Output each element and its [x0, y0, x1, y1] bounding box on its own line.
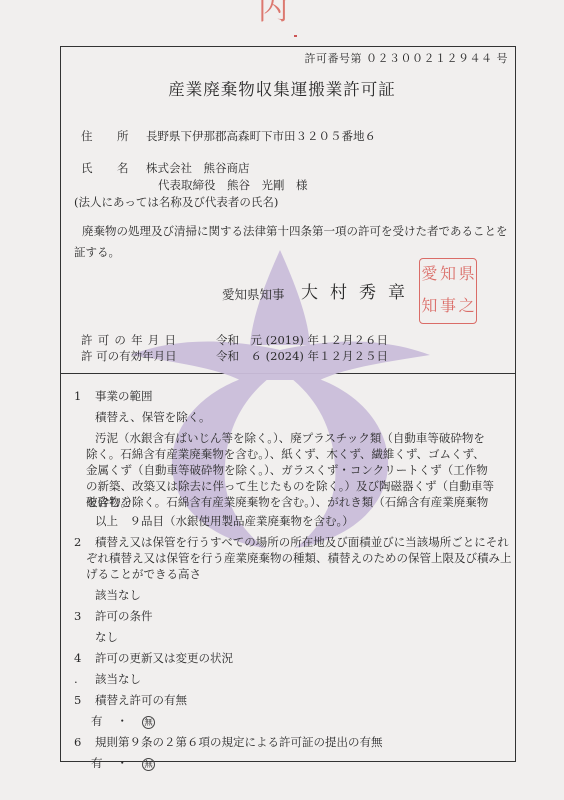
address-label-1: 住	[81, 129, 93, 143]
seal-char: 知	[420, 291, 439, 323]
section-1-sub: 積替え、保管を除く。	[95, 410, 210, 424]
section-3-answer: なし	[95, 630, 118, 644]
section-1-number: 1	[74, 389, 81, 403]
section-3-number: 3	[74, 609, 81, 623]
option-yes: 有	[91, 756, 103, 770]
option-no-circled: 無	[142, 716, 155, 729]
section-6-choice: 有・無	[91, 756, 155, 771]
option-separator: ・	[117, 756, 129, 770]
seal-char: 之	[457, 291, 476, 323]
section-2-heading-line: げることができる高さ	[86, 567, 201, 581]
name-label-2: 名	[117, 161, 129, 175]
issuer-title: 愛知県知事	[222, 287, 285, 303]
certificate-content: 許可番号第 ０２３００２１２９４４ 号 産業廃棄物収集運搬業許可証 住 所 長野…	[0, 0, 564, 800]
section-5-heading: 積替え許可の有無	[95, 693, 187, 707]
section-5-choice: 有・無	[91, 714, 155, 729]
section-1-heading: 事業の範囲	[95, 389, 153, 403]
section-2-heading-line: 積替え又は保管を行うすべての場所の所在地及び面積並びに当該場所ごとにそれ	[95, 535, 509, 549]
section-4-answer: 該当なし	[95, 672, 141, 686]
section-4-marker: .	[74, 672, 78, 686]
address-value: 長野県下伊那郡高森町下市田３２０５番地６	[146, 129, 376, 143]
permit-date-label: 許可の年月日	[81, 333, 181, 347]
certification-text-line-1: 廃棄物の処理及び清掃に関する法律第十四条第一項の許可を受けた者であることを	[82, 224, 508, 238]
valid-date-value: 令和 ６ (2024) 年１２月２５日	[216, 349, 388, 363]
option-no-circled: 無	[142, 758, 155, 771]
permit-number-label: 許可番号第	[305, 52, 363, 65]
company-name: 株式会社 熊谷商店	[146, 161, 250, 175]
governor-seal-icon: 愛 知 県 知 事 之	[419, 258, 477, 324]
section-1-total: 以上 ９品目（水銀使用製品産業廃棄物を含む。）	[95, 514, 354, 528]
option-yes: 有	[91, 714, 103, 728]
section-3-heading: 許可の条件	[95, 609, 153, 623]
permit-date-value: 令和 元 (2019) 年１２月２６日	[216, 333, 388, 347]
certification-text-line-2: 証する。	[74, 245, 120, 259]
document-title: 産業廃棄物収集運搬業許可証	[0, 80, 564, 100]
section-1-paragraph-line: 破砕物を除く。石綿含有産業廃棄物を含む。）、がれき類（石綿含有産業廃棄物	[86, 495, 488, 509]
section-6-number: 6	[74, 735, 81, 749]
section-1-paragraph-line: 汚泥（水銀含有ばいじん等を除く。）、廃プラスチック類（自動車等破砕物を	[95, 431, 485, 445]
section-1-paragraph-line: 金属くず（自動車等破砕物を除く。）、ガラスくず・コンクリートくず（工作物	[86, 463, 488, 477]
seal-char: 県	[457, 259, 476, 291]
option-separator: ・	[117, 714, 129, 728]
section-5-number: 5	[74, 693, 81, 707]
section-2-number: 2	[74, 535, 81, 549]
issuer-name: 大村秀章	[301, 282, 417, 304]
seal-char: 事	[439, 291, 458, 323]
section-2-heading-line: ぞれ積替え又は保管を行う産業廃棄物の種類、積替えのための保管上限及び積み上	[86, 551, 512, 565]
section-6-heading: 規則第９条の２第６項の規定による許可証の提出の有無	[95, 735, 383, 749]
section-4-heading: 許可の更新又は変更の状況	[95, 651, 233, 665]
permit-number: 許可番号第 ０２３００２１２９４４ 号	[305, 52, 509, 66]
valid-date-label: 許 可の有効年月日	[81, 349, 177, 363]
permit-number-suffix: 号	[497, 52, 509, 65]
permit-number-value: ０２３００２１２９４４	[366, 52, 493, 65]
section-1-paragraph-line: を含む。）	[86, 495, 138, 509]
section-2-answer: 該当なし	[95, 588, 141, 602]
section-1-paragraph-line: の新築、改築又は除去に伴って生じたものを除く。）及び陶磁器くず（自動車等	[86, 479, 494, 493]
seal-char: 愛	[420, 259, 439, 291]
representative-name: 代表取締役 熊谷 光剛 様	[158, 178, 308, 192]
name-label-1: 氏	[81, 161, 93, 175]
section-4-number: 4	[74, 651, 81, 665]
seal-char: 知	[439, 259, 458, 291]
section-1-paragraph-line: 除く。石綿含有産業廃棄物を含む。）、紙くず、木くず、繊維くず、ゴムくず、	[86, 447, 485, 461]
name-note: (法人にあっては名称及び代表者の氏名)	[74, 195, 278, 209]
address-label-2: 所	[117, 129, 129, 143]
